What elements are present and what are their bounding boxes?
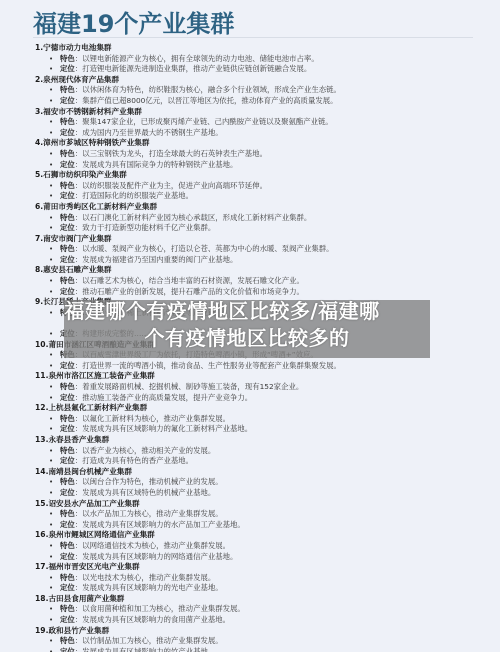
cluster-heading: 19.政和县竹产业集群	[35, 626, 495, 637]
bullet-icon: •	[49, 350, 53, 361]
position-text: 发展成为具有国际竞争力的特种钢铁产业基地。	[82, 160, 237, 169]
cluster-position-row: •定位：打造锂电新能源先进制造业集群，推动产业链供应链创新链融合发展。	[35, 64, 495, 75]
cluster-position-row: •定位：推动石雕产业的创新发展，提升石雕产品的文化价值和市场竞争力。	[35, 287, 495, 298]
position-label: 定位	[60, 424, 75, 433]
cluster-position-row: •定位：发展成为具有区域影响力的氟化工新材料产业基地。	[35, 424, 495, 435]
feature-text: 以石雕艺术为核心，结合当地丰富的石材资源，发展石雕文化产业。	[82, 276, 304, 285]
cluster-position-row: •定位：发展成为具有区域影响力的光电产业基地。	[35, 583, 495, 594]
position-text: 推动施工装备产业的高质量发展，提升产业竞争力。	[82, 393, 252, 402]
position-label: 定位	[60, 456, 75, 465]
cluster-heading: 1.宁德市动力电池集群	[35, 43, 495, 54]
cluster-feature-row: •特色：聚集147家企业，已形成聚丙烯产业链、己内酰胺产业链以及聚氨酯产业链。	[35, 117, 495, 128]
position-label: 定位	[60, 361, 75, 370]
cluster-feature-row: •特色：以光电技术为核心，推动产业集群发展。	[35, 573, 495, 584]
position-label: 定位	[60, 583, 75, 592]
cluster-position-row: •定位：致力于打造新型功能材料千亿产业集群。	[35, 223, 495, 234]
position-text: 发展成为具有区域影响力的水产品加工产业基地。	[82, 520, 245, 529]
cluster-heading: 6.莆田市秀屿区化工新材料产业集群	[35, 202, 495, 213]
bullet-icon: •	[49, 85, 53, 96]
cluster-heading: 13.永春县香产业集群	[35, 435, 495, 446]
feature-text: 以竹制品加工为核心，推动产业集群发展。	[82, 636, 222, 645]
feature-text: 着重发展路面机械、挖掘机械、制砂等施工装备，现有152家企业。	[82, 382, 303, 391]
position-label: 定位	[60, 64, 75, 73]
feature-label: 特色	[60, 636, 75, 645]
feature-text: 以闽台合作为特色，推动机械产业的发展。	[82, 477, 222, 486]
cluster-feature-row: •特色：以锂电新能源产业为核心，拥有全球领先的动力电池、储能电池市占率。	[35, 54, 495, 65]
cluster-position-row: •定位：发展成为福建省乃至国内重要的阀门产业基地。	[35, 255, 495, 266]
cluster-heading: 12.上杭县氟化工新材料产业集群	[35, 403, 495, 414]
bullet-icon: •	[49, 583, 53, 594]
bullet-icon: •	[49, 446, 53, 457]
cluster-heading: 11.泉州市洛江区施工装备产业集群	[35, 371, 495, 382]
feature-label: 特色	[60, 181, 75, 190]
bullet-icon: •	[49, 255, 53, 266]
feature-label: 特色	[60, 382, 75, 391]
position-text: 打造世界一流的啤酒小镇，推动食品、生产性服务业等配套产业集群集聚发展。	[82, 361, 341, 370]
cluster-feature-row: •特色：以食用菌种植和加工为核心，推动产业集群发展。	[35, 604, 495, 615]
feature-text: 以石门澳化工新材料产业园为核心承载区，形成化工新材料产业集群。	[82, 213, 311, 222]
cluster-heading: 2.泉州现代体育产品集群	[35, 75, 495, 86]
bullet-icon: •	[49, 393, 53, 404]
bullet-icon: •	[49, 615, 53, 626]
bullet-icon: •	[49, 128, 53, 139]
cluster-heading: 3.福安市不锈钢新材料产业集群	[35, 107, 495, 118]
bullet-icon: •	[49, 160, 53, 171]
feature-text: 以香产业为核心，推动相关产业的发展。	[82, 446, 215, 455]
feature-label: 特色	[60, 244, 75, 253]
cluster-position-row: •定位：发展成为具有区域影响力的水产品加工产业基地。	[35, 520, 495, 531]
position-label: 定位	[60, 255, 75, 264]
cluster-heading: 15.诏安县水产品加工产业集群	[35, 499, 495, 510]
cluster-heading: 14.南靖县闽台机械产业集群	[35, 467, 495, 478]
title-divider	[33, 37, 473, 38]
feature-label: 特色	[60, 446, 75, 455]
cluster-position-row: •定位：打造成为具有特色的香产业基地。	[35, 456, 495, 467]
position-label: 定位	[60, 520, 75, 529]
feature-label: 特色	[60, 414, 75, 423]
cluster-position-row: •定位：打造世界一流的啤酒小镇，推动食品、生产性服务业等配套产业集群集聚发展。	[35, 361, 495, 372]
position-text: 发展成为具有区域特色的机械产业基地。	[82, 488, 215, 497]
cluster-heading: 17.福州市晋安区光电产业集群	[35, 562, 495, 573]
feature-label: 特色	[60, 573, 75, 582]
feature-label: 特色	[60, 213, 75, 222]
bullet-icon: •	[49, 287, 53, 298]
feature-label: 特色	[60, 604, 75, 613]
bullet-icon: •	[49, 329, 53, 340]
position-label: 定位	[60, 615, 75, 624]
cluster-heading: 5.石狮市纺织印染产业集群	[35, 170, 495, 181]
position-text: 发展成为具有区域影响力的网络通信产业基地。	[82, 552, 237, 561]
position-label: 定位	[60, 552, 75, 561]
cluster-heading: 7.南安市阀门产业集群	[35, 234, 495, 245]
position-text: 发展成为具有区域影响力的光电产业基地。	[82, 583, 222, 592]
bullet-icon: •	[49, 54, 53, 65]
cluster-position-row: •定位：发展成为具有区域影响力的网络通信产业基地。	[35, 552, 495, 563]
feature-label: 特色	[60, 477, 75, 486]
position-text: 成为国内乃至世界最大的不锈钢生产基地。	[82, 128, 222, 137]
position-text: 打造锂电新能源先进制造业集群，推动产业链供应链创新链融合发展。	[82, 64, 311, 73]
position-label: 定位	[60, 223, 75, 232]
bullet-icon: •	[49, 509, 53, 520]
position-label: 定位	[60, 647, 75, 652]
feature-text: 以休闲体育为特色，纺织鞋服为核心，融合多个行业领域，形成全产业生态链。	[82, 85, 341, 94]
cluster-feature-row: •特色：以闽台合作为特色，推动机械产业的发展。	[35, 477, 495, 488]
cluster-feature-row: •特色：以氟化工新材料为核心，推动产业集群发展。	[35, 414, 495, 425]
bullet-icon: •	[49, 477, 53, 488]
position-text: 发展成为具有区域影响力的氟化工新材料产业基地。	[82, 424, 252, 433]
bullet-icon: •	[49, 573, 53, 584]
bullet-icon: •	[49, 117, 53, 128]
position-text: 致力于打造新型功能材料千亿产业集群。	[82, 223, 215, 232]
feature-text: 以食用菌种植和加工为核心，推动产业集群发展。	[82, 604, 245, 613]
position-text: 推动石雕产业的创新发展，提升石雕产品的文化价值和市场竞争力。	[82, 287, 304, 296]
position-text: 打造成为具有特色的香产业基地。	[82, 456, 193, 465]
position-label: 定位	[60, 128, 75, 137]
feature-label: 特色	[60, 149, 75, 158]
bullet-icon: •	[49, 244, 53, 255]
bullet-icon: •	[49, 149, 53, 160]
cluster-heading: 16.泉州市鲤城区网络通信产业集群	[35, 530, 495, 541]
bullet-icon: •	[49, 488, 53, 499]
cluster-feature-row: •特色：以网络通信技术为核心，推动产业集群发展。	[35, 541, 495, 552]
bullet-icon: •	[49, 520, 53, 531]
cluster-feature-row: •特色：以竹制品加工为核心，推动产业集群发展。	[35, 636, 495, 647]
position-text: 发展成为福建省乃至国内重要的阀门产业基地。	[82, 255, 237, 264]
feature-label: 特色	[60, 509, 75, 518]
bullet-icon: •	[49, 647, 53, 652]
cluster-heading: 4.漳州市芗城区特种钢铁产业集群	[35, 138, 495, 149]
cluster-feature-row: •特色：以香产业为核心，推动相关产业的发展。	[35, 446, 495, 457]
feature-label: 特色	[60, 85, 75, 94]
cluster-position-row: •定位：集群产值已超8000亿元，以晋江等地区为依托，推动体育产业的高质量发展。	[35, 96, 495, 107]
bullet-icon: •	[49, 276, 53, 287]
bullet-icon: •	[49, 96, 53, 107]
cluster-feature-row: •特色：着重发展路面机械、挖掘机械、制砂等施工装备，现有152家企业。	[35, 382, 495, 393]
position-label: 定位	[60, 191, 75, 200]
cluster-position-row: •定位：打造国际化的纺织服装产业基地。	[35, 191, 495, 202]
cluster-position-row: •定位：发展成为具有国际竞争力的特种钢铁产业基地。	[35, 160, 495, 171]
feature-label: 特色	[60, 276, 75, 285]
cluster-position-row: •定位：发展成为具有区域特色的机械产业基地。	[35, 488, 495, 499]
feature-label: 特色	[60, 54, 75, 63]
position-label: 定位	[60, 96, 75, 105]
document-page: 福建19个产业集群 1.宁德市动力电池集群•特色：以锂电新能源产业为核心，拥有全…	[0, 0, 500, 652]
bullet-icon: •	[49, 456, 53, 467]
cluster-position-row: •定位：发展成为具有区域影响力的食用菌产业基地。	[35, 615, 495, 626]
position-text: 集群产值已超8000亿元，以晋江等地区为依托，推动体育产业的高质量发展。	[82, 96, 337, 105]
bullet-icon: •	[49, 181, 53, 192]
bullet-icon: •	[49, 414, 53, 425]
feature-text: 以三宝钢铁为龙头，打造全球最大的石英钟表生产基地。	[82, 149, 267, 158]
cluster-heading: 8.惠安县石雕产业集群	[35, 265, 495, 276]
cluster-position-row: •定位：发展成为具有区域影响力的竹产业基地。	[35, 647, 495, 652]
position-label: 定位	[60, 160, 75, 169]
feature-text: 以锂电新能源产业为核心，拥有全球领先的动力电池、储能电池市占率。	[82, 54, 319, 63]
bullet-icon: •	[49, 552, 53, 563]
feature-text: 以光电技术为核心，推动产业集群发展。	[82, 573, 215, 582]
position-text: 发展成为具有区域影响力的竹产业基地。	[82, 647, 215, 652]
bullet-icon: •	[49, 636, 53, 647]
bullet-icon: •	[49, 191, 53, 202]
feature-text: 以纺织服装及配件产业为主，促进产业向高端环节延伸。	[82, 181, 267, 190]
cluster-feature-row: •特色：以石雕艺术为核心，结合当地丰富的石材资源，发展石雕文化产业。	[35, 276, 495, 287]
bullet-icon: •	[49, 64, 53, 75]
cluster-feature-row: •特色：以休闲体育为特色，纺织鞋服为核心，融合多个行业领域，形成全产业生态链。	[35, 85, 495, 96]
headline-overlay[interactable]: 福建哪个有疫情地区比较多/福建哪 个有疫情地区比较多的	[64, 298, 430, 352]
cluster-feature-row: •特色：以水暖、泵阀产业为核心，打造以仑苍、英都为中心的水暖、泵阀产业集群。	[35, 244, 495, 255]
headline-line-1: 福建哪个有疫情地区比较多/福建哪	[14, 298, 430, 325]
cluster-feature-row: •特色：以石门澳化工新材料产业园为核心承载区，形成化工新材料产业集群。	[35, 213, 495, 224]
cluster-position-row: •定位：成为国内乃至世界最大的不锈钢生产基地。	[35, 128, 495, 139]
feature-text: 以网络通信技术为核心，推动产业集群发展。	[82, 541, 230, 550]
cluster-feature-row: •特色：以三宝钢铁为龙头，打造全球最大的石英钟表生产基地。	[35, 149, 495, 160]
bullet-icon: •	[49, 382, 53, 393]
feature-text: 聚集147家企业，已形成聚丙烯产业链、己内酰胺产业链以及聚氨酯产业链。	[82, 117, 333, 126]
bullet-icon: •	[49, 213, 53, 224]
feature-text: 以水产品加工为核心，推动产业集群发展。	[82, 509, 222, 518]
position-label: 定位	[60, 393, 75, 402]
bullet-icon: •	[49, 223, 53, 234]
position-label: 定位	[60, 287, 75, 296]
feature-label: 特色	[60, 541, 75, 550]
cluster-feature-row: •特色：以纺织服装及配件产业为主，促进产业向高端环节延伸。	[35, 181, 495, 192]
cluster-position-row: •定位：推动施工装备产业的高质量发展，提升产业竞争力。	[35, 393, 495, 404]
position-text: 打造国际化的纺织服装产业基地。	[82, 191, 193, 200]
bullet-icon: •	[49, 361, 53, 372]
cluster-heading: 18.古田县食用菌产业集群	[35, 594, 495, 605]
cluster-feature-row: •特色：以水产品加工为核心，推动产业集群发展。	[35, 509, 495, 520]
feature-label: 特色	[60, 117, 75, 126]
bullet-icon: •	[49, 541, 53, 552]
position-label: 定位	[60, 488, 75, 497]
bullet-icon: •	[49, 604, 53, 615]
feature-text: 以氟化工新材料为核心，推动产业集群发展。	[82, 414, 230, 423]
page-title: 福建19个产业集群	[33, 9, 234, 39]
bullet-icon: •	[49, 424, 53, 435]
headline-line-2: 个有疫情地区比较多的	[64, 325, 430, 352]
position-text: 发展成为具有区域影响力的食用菌产业基地。	[82, 615, 230, 624]
feature-text: 以水暖、泵阀产业为核心，打造以仑苍、英都为中心的水暖、泵阀产业集群。	[82, 244, 333, 253]
